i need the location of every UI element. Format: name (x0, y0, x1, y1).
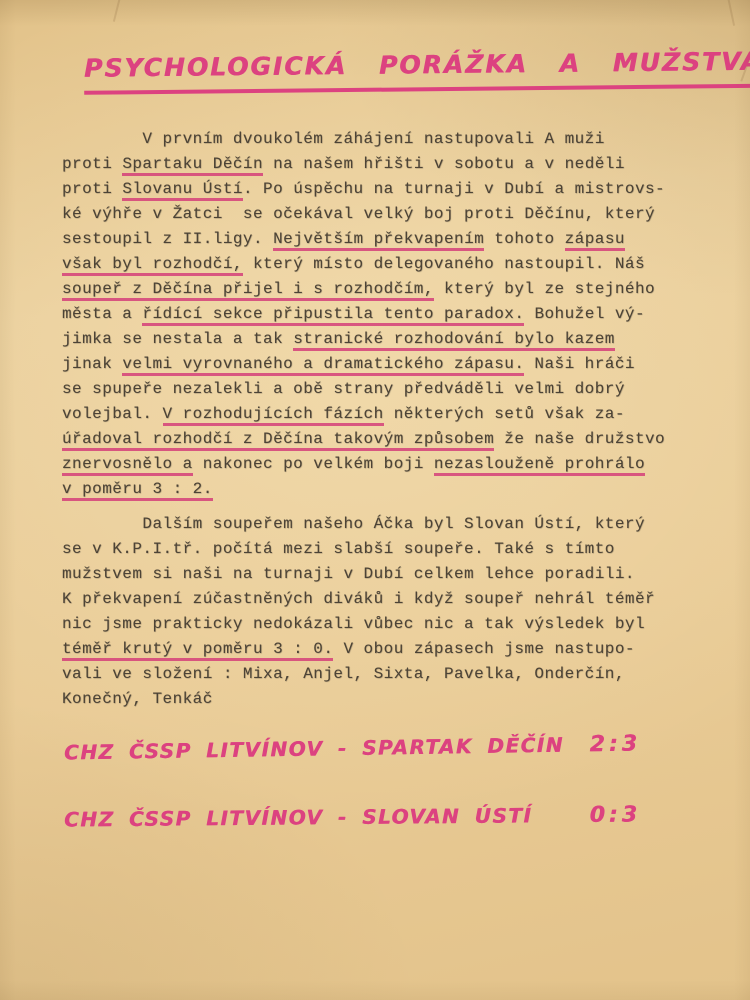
text-line: K překvapení zúčastněných diváků i když … (62, 587, 665, 612)
text-line: se v K.P.I.tř. počítá mezi slabší soupeř… (62, 537, 665, 562)
handwritten-title: PSYCHOLOGICKÁ PORÁŽKA A MUŽSTVA ? (84, 46, 750, 95)
text-line: jinak velmi vyrovnaného a dramatického z… (62, 352, 665, 377)
text-segment: jimka se nestala a tak (62, 330, 293, 348)
marker-underlined-text: však byl rozhodčí, (62, 255, 243, 276)
text-segment: proti (62, 155, 122, 173)
text-line: znervosnělo a nakonec po velkém boji nez… (62, 452, 665, 477)
paper-crease (727, 0, 735, 26)
text-segment: Konečný, Tenkáč (62, 690, 213, 708)
marker-underlined-text: stranické rozhodování bylo kazem (293, 330, 615, 351)
text-segment: sestoupil z II.ligy. (62, 230, 273, 248)
marker-underlined-text: Slovanu Ústí (122, 180, 243, 201)
text-segment: jinak (62, 355, 122, 373)
text-segment: se spupeře nezalekli a obě strany předvá… (62, 380, 625, 398)
paragraph: V prvním dvoukolém záhájení nastupovali … (62, 127, 665, 502)
text-line: ké výhře v Žatci se očekával velký boj p… (62, 202, 665, 227)
paper-crease (113, 0, 121, 22)
text-line: proti Spartaku Děčín na našem hřišti v s… (62, 152, 665, 177)
text-segment: Dalším soupeřem našeho Áčka byl Slovan Ú… (62, 515, 645, 533)
text-segment: na našem hřišti v sobotu a v neděli (263, 155, 625, 173)
text-segment: nakonec po velkém boji (193, 455, 434, 473)
marker-underlined-text: znervosnělo a (62, 455, 193, 476)
text-segment: nic jsme prakticky nedokázali vůbec nic … (62, 615, 645, 633)
text-line: v poměru 3 : 2. (62, 477, 665, 502)
marker-underlined-text: téměř krutý v poměru 3 : 0. (62, 640, 333, 661)
text-line: sestoupil z II.ligy. Největším překvapen… (62, 227, 665, 252)
match-score: 0:3 (589, 802, 641, 827)
text-segment: vali ve složení : Mixa, Anjel, Sixta, Pa… (62, 665, 625, 683)
text-line: Dalším soupeřem našeho Áčka byl Slovan Ú… (62, 512, 665, 537)
marker-underlined-text: soupeř z Děčína přijel i s rozhodčím, (62, 280, 434, 301)
text-segment: . Po úspěchu na turnaji v Dubí a mistrov… (243, 180, 665, 198)
marker-underlined-text: Spartaku Děčín (122, 155, 263, 176)
marker-underlined-text: v poměru 3 : 2. (62, 480, 213, 501)
marker-underlined-text: V rozhodujících fázích (163, 405, 384, 426)
text-segment: se v K.P.I.tř. počítá mezi slabší soupeř… (62, 540, 615, 558)
text-line: vali ve složení : Mixa, Anjel, Sixta, Pa… (62, 662, 665, 687)
text-line: volejbal. V rozhodujících fázích některý… (62, 402, 665, 427)
marker-underlined-text: úřadoval rozhodčí z Děčína takovým způso… (62, 430, 494, 451)
text-line: města a řídící sekce připustila tento pa… (62, 302, 665, 327)
match-score: 2:3 (589, 731, 641, 757)
text-line: proti Slovanu Ústí. Po úspěchu na turnaj… (62, 177, 665, 202)
text-line: nic jsme prakticky nedokázali vůbec nic … (62, 612, 665, 637)
text-segment: ké výhře v Žatci se očekával velký boj p… (62, 205, 655, 223)
match-teams: CHZ ČSSP LITVÍNOV - SLOVAN ÚSTÍ (64, 803, 532, 831)
result-row: CHZ ČSSP LITVÍNOV - SPARTAK DĚČÍN 2:3 (64, 731, 641, 765)
text-line: úřadoval rozhodčí z Děčína takovým způso… (62, 427, 665, 452)
text-line: mužstvem si naši na turnaji v Dubí celke… (62, 562, 665, 587)
text-segment: proti (62, 180, 122, 198)
text-line: však byl rozhodčí, který místo delegovan… (62, 252, 665, 277)
text-segment: že naše družstvo (494, 430, 665, 448)
text-segment: některých setů však za- (384, 405, 625, 423)
text-line: soupeř z Děčína přijel i s rozhodčím, kt… (62, 277, 665, 302)
match-teams: CHZ ČSSP LITVÍNOV - SPARTAK DĚČÍN (64, 733, 564, 765)
marker-underlined-text: zápasu (565, 230, 625, 251)
marker-underlined-text: řídící sekce připustila tento paradox. (142, 305, 524, 326)
paragraph: Dalším soupeřem našeho Áčka byl Slovan Ú… (62, 512, 665, 712)
marker-underlined-text: velmi vyrovnaného a dramatického zápasu. (122, 355, 524, 376)
text-line: se spupeře nezalekli a obě strany předvá… (62, 377, 665, 402)
text-segment: který byl ze stejného (434, 280, 655, 298)
handwritten-results: CHZ ČSSP LITVÍNOV - SPARTAK DĚČÍN 2:3 CH… (64, 736, 641, 830)
text-segment: Naši hráči (524, 355, 635, 373)
text-line: Konečný, Tenkáč (62, 687, 665, 712)
text-segment: Bohužel vý- (524, 305, 645, 323)
result-row: CHZ ČSSP LITVÍNOV - SLOVAN ÚSTÍ 0:3 (64, 802, 641, 832)
text-segment: tohoto (484, 230, 564, 248)
text-line: jimka se nestala a tak stranické rozhodo… (62, 327, 665, 352)
text-segment: V prvním dvoukolém záhájení nastupovali … (62, 130, 605, 148)
text-line: téměř krutý v poměru 3 : 0. V obou zápas… (62, 637, 665, 662)
text-segment: který místo delegovaného nastoupil. Náš (243, 255, 645, 273)
text-line: V prvním dvoukolém záhájení nastupovali … (62, 127, 665, 152)
marker-underlined-text: Největším překvapením (273, 230, 484, 251)
text-segment: K překvapení zúčastněných diváků i když … (62, 590, 655, 608)
marker-underlined-text: nezaslouženě prohrálo (434, 455, 645, 476)
text-segment: V obou zápasech jsme nastupo- (333, 640, 635, 658)
text-segment: mužstvem si naši na turnaji v Dubí celke… (62, 565, 635, 583)
typewritten-body: V prvním dvoukolém záhájení nastupovali … (62, 127, 665, 712)
text-segment: volejbal. (62, 405, 163, 423)
text-segment: města a (62, 305, 142, 323)
scanned-document-page: PSYCHOLOGICKÁ PORÁŽKA A MUŽSTVA ? V prvn… (0, 0, 750, 1000)
